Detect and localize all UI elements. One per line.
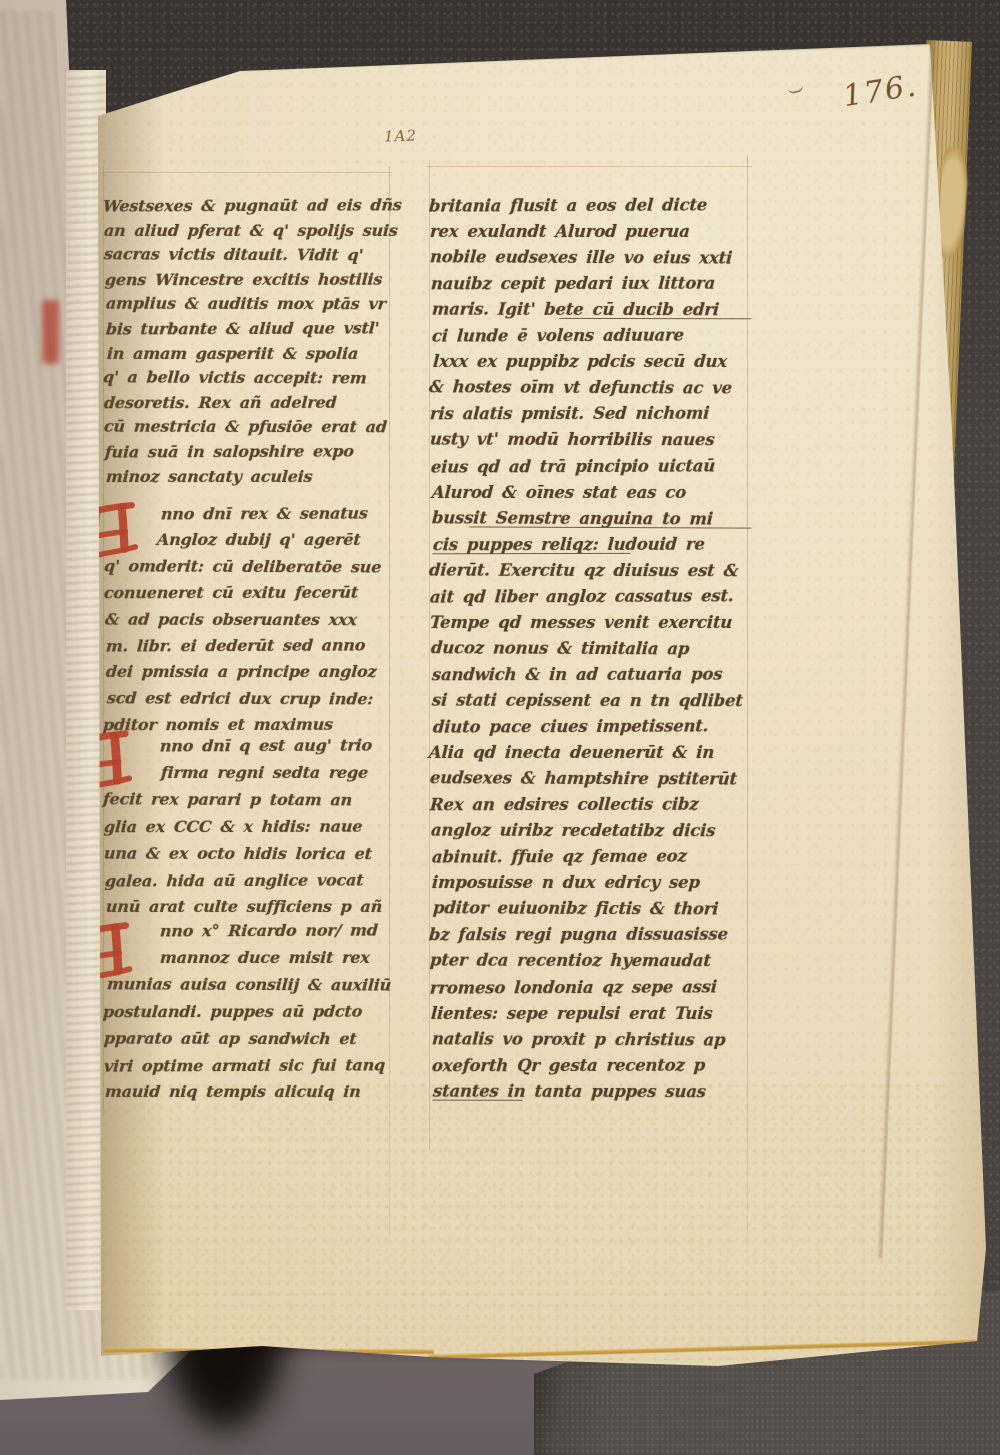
manuscript-line: lientes: sepe repulsi erat Tuis — [430, 1004, 751, 1023]
manuscript-line: gens Wincestre excitis hostilis — [104, 269, 394, 289]
manuscript-line: fuia suā in salopshire expo — [104, 441, 394, 461]
manuscript-line: oxeforth Qr gesta recentoz p — [432, 1055, 753, 1075]
manuscript-line: dei pmissia a principe angloz — [106, 662, 396, 681]
manuscript-line: si stati cepissent ea n tn qdlibet — [432, 691, 753, 711]
manuscript-line: postulandi. puppes aū pdcto — [103, 1001, 393, 1021]
manuscript-line: imposuisse n dux edricy sep — [432, 873, 753, 892]
manuscript-line: sandwich & in ad catuaria pos — [431, 665, 752, 685]
manuscript-line: una & ex octo hidis lorica et — [104, 843, 394, 863]
manuscript-line: galea. hida aū anglice vocat — [104, 870, 394, 890]
manuscript-line: angloz uiribz recdetatibz dicis — [430, 821, 751, 841]
manuscript-line: munias auisa consilij & auxiliū — [106, 974, 396, 994]
manuscript-line: Tempe qd messes venit exercitu — [430, 613, 751, 632]
pen-mark — [787, 82, 804, 94]
manuscript-line: firma regni sedta rege — [160, 763, 396, 782]
manuscript-line: cū mestricia & pfusiōe erat ad — [104, 417, 394, 437]
parchment-mottling — [130, 1080, 950, 1360]
manuscript-line: amplius & auditis mox ptās vr — [105, 294, 395, 314]
manuscript-line: ris alatis pmisit. Sed nichomi — [429, 404, 750, 424]
manuscript-line: & ad pacis obseruantes xxx — [104, 609, 394, 629]
manuscript-line: Alia qd inecta deuenerūt & in — [429, 743, 750, 762]
manuscript-line: bis turbante & aliud que vstl' — [106, 318, 396, 338]
manuscript-line: desoretis. Rex añ adelred — [103, 392, 393, 412]
manuscript-line: conueneret cū exitu fecerūt — [104, 583, 394, 603]
manuscript-line: & hostes oīm vt defunctis ac ve — [429, 378, 750, 398]
page-right-edge — [877, 44, 934, 1258]
manuscript-line: britania flusit a eos del dicte — [429, 195, 750, 215]
ruling-line — [427, 166, 752, 167]
manuscript-photo: 176. 1A2 Westsexes & pugnaūt ad eis dñsa… — [0, 0, 1000, 1455]
manuscript-line: fecit rex parari p totam an — [103, 789, 393, 809]
manuscript-line: nobile eudsexes ille vo eius xxti — [430, 247, 751, 267]
manuscript-line: abinuit. ffuie qz femae eoz — [431, 847, 752, 867]
manuscript-line: rex exulandt Alurod puerua — [429, 222, 750, 241]
manuscript-line: stantes in tanta puppes suas — [432, 1081, 753, 1101]
manuscript-line: glia ex CCC & x hidis: naue — [103, 816, 393, 836]
manuscript-line: Westsexes & pugnaūt ad eis dñs — [103, 195, 393, 215]
manuscript-line: bussit Semstre anguina to mi — [432, 508, 753, 528]
manuscript-page: 176. 1A2 Westsexes & pugnaūt ad eis dñsa… — [0, 0, 1000, 1455]
folio-number: 176. — [841, 68, 920, 114]
manuscript-line: Angloz dubij q' agerēt — [157, 530, 393, 549]
manuscript-line: pter dca recentioz hyemaudat — [429, 951, 750, 971]
manuscript-line: cis puppes reliqz: ludouid re — [432, 534, 753, 554]
manuscript-line: natalis vo proxit p christius ap — [431, 1029, 752, 1049]
manuscript-line: nno x° Ricardo nor/ md — [159, 921, 395, 941]
manuscript-line: pparato aūt ap sandwich et — [103, 1028, 393, 1048]
manuscript-line: sacras victis ditauit. Vidit q' — [104, 245, 394, 265]
manuscript-line: dierūt. Exercitu qz diuisus est & — [429, 560, 750, 580]
manuscript-line: an aliud pferat & q' spolijs suis — [103, 221, 393, 240]
manuscript-line: mauid niq tempis alicuiq in — [104, 1082, 394, 1101]
manuscript-line: m. libr. ei dederūt sed anno — [105, 635, 395, 655]
manuscript-line: viri optime armati sic fui tanq — [104, 1055, 394, 1075]
facing-page-red-initial-blur — [42, 300, 59, 364]
manuscript-line: in amam gasperiit & spolia — [106, 344, 396, 363]
manuscript-line: usty vt' modū horribilis naues — [430, 430, 751, 450]
manuscript-line: q' omderit: cū deliberatōe sue — [103, 556, 393, 576]
manuscript-line: nauibz cepit pedari iux littora — [430, 274, 751, 294]
manuscript-line: pditor euiuonibz fictis & thori — [432, 899, 753, 919]
header-mark: 1A2 — [384, 126, 418, 145]
manuscript-line: Alurod & oīnes stat eas co — [431, 483, 752, 502]
manuscript-line: nno dnī q est aug' trio — [160, 736, 396, 756]
manuscript-line: Rex an edsires collectis cibz — [430, 795, 751, 815]
manuscript-line: ducoz nonus & timitalia ap — [430, 638, 751, 658]
manuscript-line: mannoz duce misit rex — [160, 948, 396, 967]
manuscript-line: eudsexes & hamptshire pstiterūt — [429, 768, 750, 788]
manuscript-line: diuto pace ciues impetissent. — [432, 716, 753, 736]
manuscript-line: scd est edrici dux crup inde: — [106, 688, 396, 708]
manuscript-line: bz falsis regi pugna dissuasisse — [429, 925, 750, 945]
manuscript-line: nno dnī rex & senatus — [160, 504, 396, 524]
manuscript-line: q' a bello victis accepit: rem — [103, 368, 393, 388]
manuscript-line: ci lunde ē volens adiuuare — [432, 326, 753, 346]
manuscript-line: ait qd liber angloz cassatus est. — [429, 586, 750, 606]
manuscript-line: eius qd ad trā pincipio uictaū — [430, 456, 751, 476]
manuscript-line: lxxx ex puppibz pdcis secū dux — [432, 352, 753, 371]
manuscript-line: minoz sanctaty aculeis — [105, 467, 395, 486]
manuscript-line: rromeso londonia qz sepe assi — [430, 977, 751, 997]
manuscript-line: pditor nomis et maximus — [103, 715, 393, 735]
ruling-line — [100, 172, 392, 173]
manuscript-line: unū arat culte sufficiens p añ — [105, 897, 395, 916]
manuscript-line: maris. Igit' bete cū ducib edri — [431, 300, 752, 320]
page-top-edge — [237, 41, 935, 72]
